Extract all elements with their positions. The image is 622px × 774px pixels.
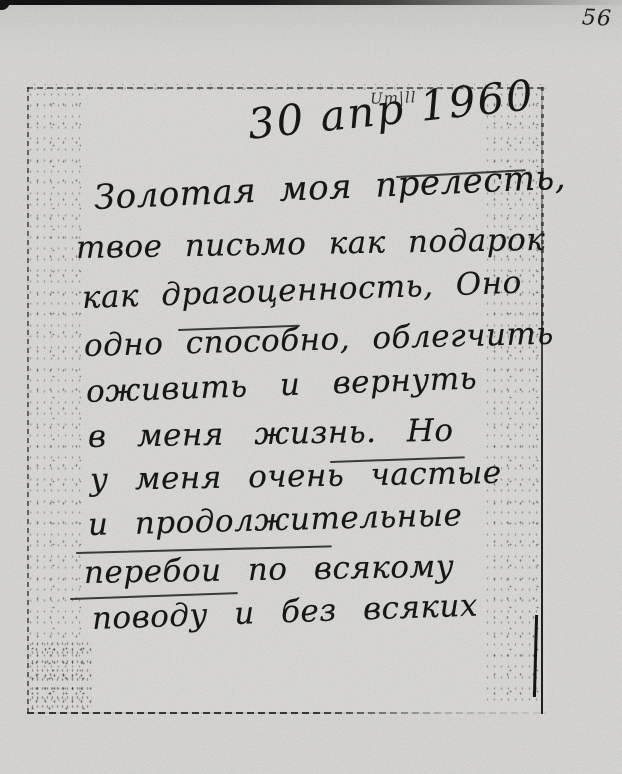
letter-line: оживить и вернуть <box>85 360 477 410</box>
letter-line: у меня очень частые <box>90 455 502 498</box>
letter-line: в меня жизнь. Но <box>88 413 454 455</box>
letter-line: твое письмо как подарок <box>76 222 546 266</box>
letter-line: как драгоценность, Оно <box>81 265 522 316</box>
scanned-letter-photo: 56 Um|ll 30 апр 1960 Золотая моя прелест… <box>0 0 622 774</box>
handwritten-letter: Um|ll 30 апр 1960 Золотая моя прелесть, … <box>0 0 622 774</box>
letter-line: и продолжительные <box>88 497 463 543</box>
letter-line: Золотая моя прелесть, <box>93 157 567 218</box>
letter-line: одно способно, облегчить <box>84 316 555 364</box>
letter-line: перебои по всякому <box>84 549 455 591</box>
letter-date: 30 апр 1960 <box>245 70 537 149</box>
